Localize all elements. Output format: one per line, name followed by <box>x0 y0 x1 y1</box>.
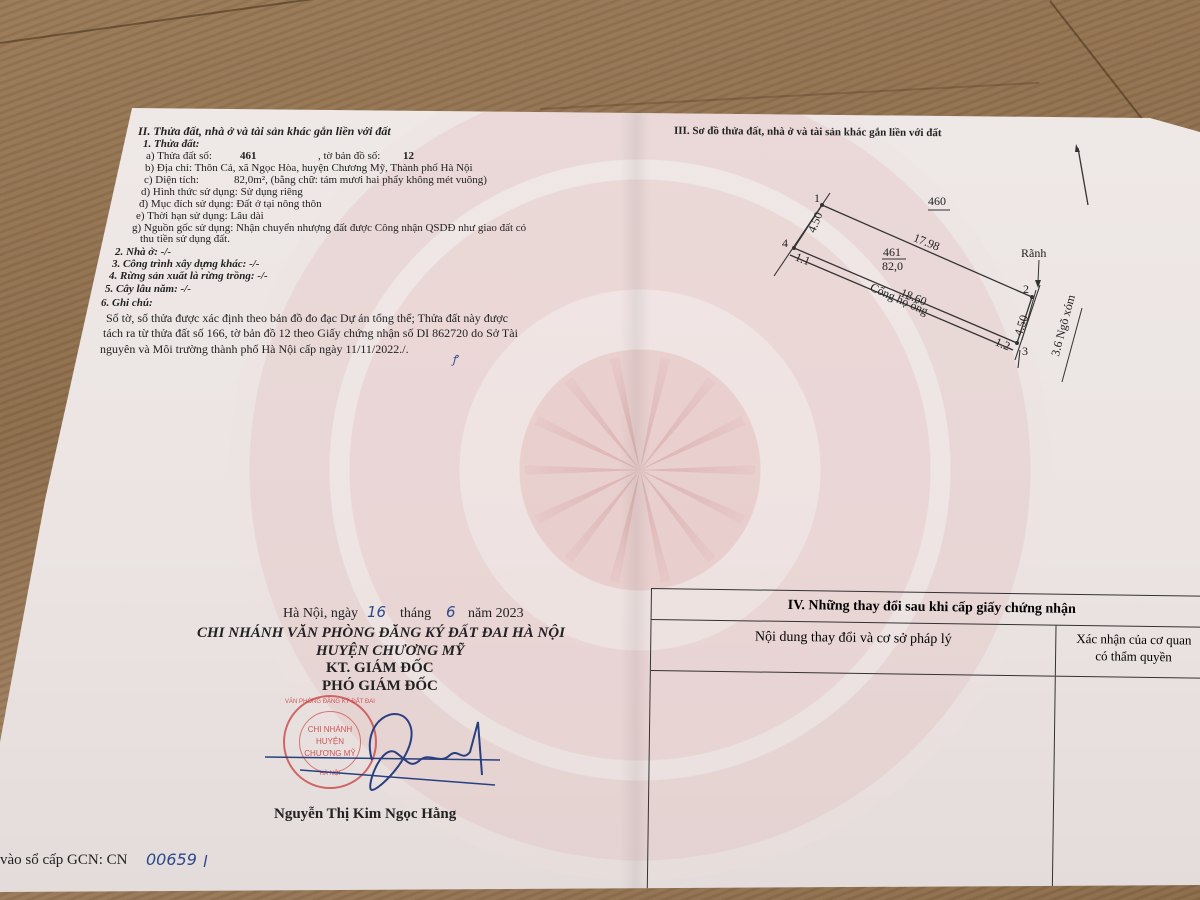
drum-star-ray <box>636 467 716 563</box>
registry-number-handwritten: 00659 <box>146 850 197 869</box>
land-plot-diagram <box>0 0 1200 900</box>
issue-date-prefix: Hà Nội, ngày <box>283 606 358 622</box>
initials-handwritten: ꝭ <box>452 352 457 367</box>
area-label: c) Diện tích: <box>144 174 199 186</box>
section-ii-title: II. Thửa đất, nhà ở và tài sản khác gắn … <box>138 124 391 139</box>
drum-star-ray <box>635 469 670 583</box>
authority-cell <box>1053 677 1200 900</box>
changes-table: IV. Những thay đổi sau khi cấp giấy chứn… <box>647 588 1200 900</box>
usage-form: d) Hình thức sử dụng: Sử dụng riêng <box>141 186 303 198</box>
changes-table-header-row: Nội dung thay đổi và cơ sở pháp lý Xác n… <box>651 620 1200 679</box>
perennial-item: 5. Cây lâu năm: -/- <box>105 283 191 295</box>
culvert-label: Cống hộ ông <box>868 280 931 319</box>
neighbor-parcel-number: 460 <box>928 194 946 209</box>
drum-star-ray <box>534 465 642 524</box>
usage-purpose: đ) Mục đích sử dụng: Đất ở tại nông thôn <box>139 198 322 210</box>
floor-seam <box>0 0 416 44</box>
official-red-stamp: VĂN PHÒNG ĐĂNG KÝ ĐẤT ĐAI CHI NHÁNH HUYỆ… <box>283 695 377 789</box>
col-authority-line2: có thẩm quyền <box>1056 647 1200 666</box>
drum-star-ray <box>610 469 645 583</box>
area-value: 82,0m², (bằng chữ: tám mươi hai phẩy khô… <box>234 174 487 186</box>
other-works-item: 3. Công trình xây dựng khác: -/- <box>112 258 259 270</box>
offset-left: 1.1 <box>793 250 813 270</box>
role-line2: PHÓ GIÁM ĐỐC <box>322 678 438 695</box>
north-arrow-icon <box>1075 144 1088 205</box>
registry-mark-handwritten: l <box>203 852 207 871</box>
drum-star-ray <box>564 467 644 563</box>
drum-star-ray <box>635 357 670 471</box>
stamp-line1: CHI NHÁNH <box>285 725 375 734</box>
drum-star-ray <box>640 465 755 475</box>
signature-icon <box>0 0 1200 900</box>
drum-star-ray <box>636 377 716 473</box>
land-certificate-page: II. Thửa đất, nhà ở và tài sản khác gắn … <box>0 0 1200 900</box>
edge-bottom-length: 18.60 <box>898 285 929 309</box>
corner-4-label: 4 <box>782 236 788 251</box>
stamp-line3: CHƯƠNG MỸ <box>285 749 375 758</box>
alley-label: 3.6 Ngõ xóm <box>1048 293 1079 358</box>
change-content-cell <box>648 671 1056 900</box>
offset-right: 1.2 <box>993 335 1013 355</box>
parcel-number-diagram: 461 <box>883 245 901 260</box>
usage-term: e) Thời hạn sử dụng: Lâu dài <box>136 210 264 222</box>
year-label: năm 2023 <box>468 606 524 622</box>
drum-star-ray <box>610 357 645 471</box>
usage-origin-line1: g) Nguồn gốc sử dụng: Nhận chuyển nhượng… <box>132 222 526 234</box>
changes-table-empty-row <box>648 671 1200 900</box>
issue-day-handwritten: 16 <box>367 603 386 621</box>
map-sheet-label: , tờ bản đồ số: <box>318 150 380 162</box>
stamp-top-text: VĂN PHÒNG ĐĂNG KÝ ĐẤT ĐAI <box>285 699 375 705</box>
col-change-content: Nội dung thay đổi và cơ sở pháp lý <box>651 620 1057 676</box>
land-heading: 1. Thửa đất: <box>143 138 199 150</box>
stamp-line2: HUYỆN <box>285 737 375 746</box>
house-item: 2. Nhà ở: -/- <box>115 246 171 258</box>
col-authority-line1: Xác nhận của cơ quan <box>1056 630 1200 649</box>
corner-1-label: 1 <box>814 191 820 206</box>
usage-origin-line2: thu tiền sử dụng đất. <box>140 233 230 245</box>
issue-month-handwritten: 6 <box>446 603 456 621</box>
month-label: tháng <box>400 606 431 622</box>
notes-line1: Số tờ, số thửa được xác định theo bản đồ… <box>106 311 508 326</box>
drum-star-ray <box>534 416 642 475</box>
stamp-inner-ring <box>299 711 361 773</box>
edge-top-length: 17.98 <box>911 230 942 254</box>
office-name-line2: HUYỆN CHƯƠNG MỸ <box>316 643 464 660</box>
section-iii-title: III. Sơ đồ thửa đất, nhà ở và tài sản kh… <box>674 125 942 139</box>
notes-heading: 6. Ghi chú: <box>101 297 153 309</box>
notes-line2: tách ra từ thửa đất số 166, tờ bản đồ 12… <box>103 326 518 341</box>
forest-item: 4. Rừng sản xuất là rừng trồng: -/- <box>109 270 268 282</box>
drum-star-ray <box>638 416 746 475</box>
drum-star-ray <box>638 465 746 524</box>
corner-2-label: 2 <box>1023 282 1029 297</box>
section-iv-title: IV. Những thay đổi sau khi cấp giấy chứn… <box>652 589 1200 628</box>
col-authority-confirmation: Xác nhận của cơ quan có thẩm quyền <box>1056 626 1200 678</box>
drum-star-ray <box>564 377 644 473</box>
parcel-number-value: 461 <box>240 150 257 162</box>
stamp-bottom-text: HÀ NỘI <box>285 771 375 777</box>
registry-label: vào sổ cấp GCN: CN <box>0 852 128 869</box>
parcel-number-label: a) Thửa đất số: <box>146 150 212 162</box>
corner-3-label: 3 <box>1022 344 1028 359</box>
map-sheet-value: 12 <box>403 150 414 162</box>
ditch-label: Rãnh <box>1021 246 1046 261</box>
floor-seam <box>540 82 1039 110</box>
edge-right-length: 4.50 <box>1011 313 1032 338</box>
office-name-line1: CHI NHÁNH VĂN PHÒNG ĐĂNG KÝ ĐẤT ĐAI HÀ N… <box>197 625 565 642</box>
address: b) Địa chỉ: Thôn Cả, xã Ngọc Hòa, huyện … <box>145 162 473 174</box>
parcel-area-diagram: 82,0 <box>882 259 903 274</box>
edge-left-length: 4.50 <box>805 210 827 235</box>
notes-line3: nguyên và Môi trường thành phố Hà Nội cấ… <box>100 342 409 357</box>
drum-star-ray <box>525 465 640 475</box>
signer-name: Nguyễn Thị Kim Ngọc Hằng <box>274 806 456 823</box>
role-line1: KT. GIÁM ĐỐC <box>326 660 434 677</box>
